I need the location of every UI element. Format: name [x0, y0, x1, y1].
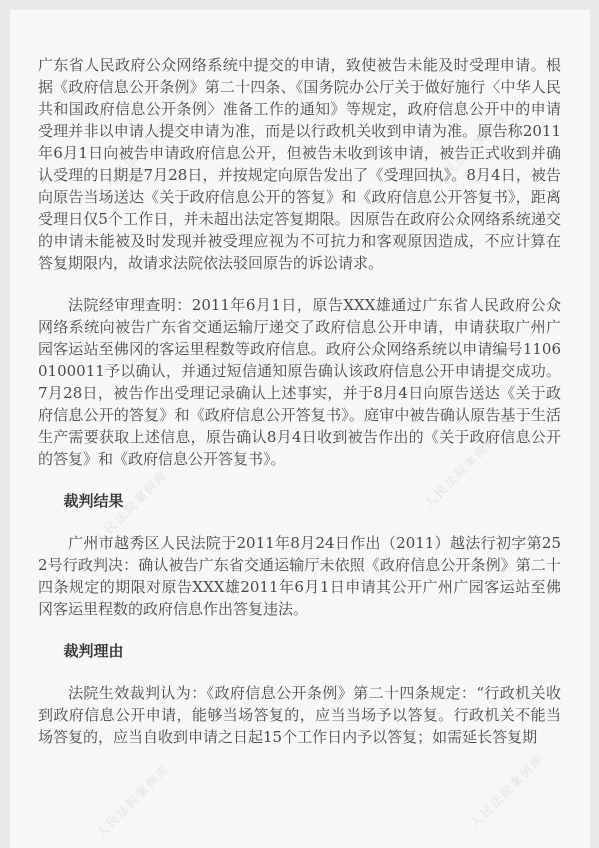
- judgment-text-body: 广东省人民政府公众网络系统中提交的申请，致使被告未能及时受理申请。根据《政府信息…: [10, 10, 590, 748]
- paragraph-judgment-reason: 法院生效裁判认为：《政府信息公开条例》第二十四条规定：“行政机关收到政府信息公开…: [38, 682, 561, 748]
- case-library-page: { "document": { "para_continuation": "广东…: [0, 0, 599, 848]
- paragraph-court-findings: 法院经审理查明：2011年6月1日，原告XXX雄通过广东省人民政府公众网络系统向…: [38, 294, 561, 470]
- paragraph-judgment-result: 广州市越秀区人民法院于2011年8月24日作出（2011）越法行初字第252号行…: [38, 532, 561, 620]
- heading-judgment-reason: 裁判理由: [38, 640, 561, 662]
- paragraph-defendant-argument: 广东省人民政府公众网络系统中提交的申请，致使被告未能及时受理申请。根据《政府信息…: [38, 54, 561, 274]
- document-page: 广东省人民政府公众网络系统中提交的申请，致使被告未能及时受理申请。根据《政府信息…: [10, 10, 590, 848]
- heading-judgment-result: 裁判结果: [38, 490, 561, 512]
